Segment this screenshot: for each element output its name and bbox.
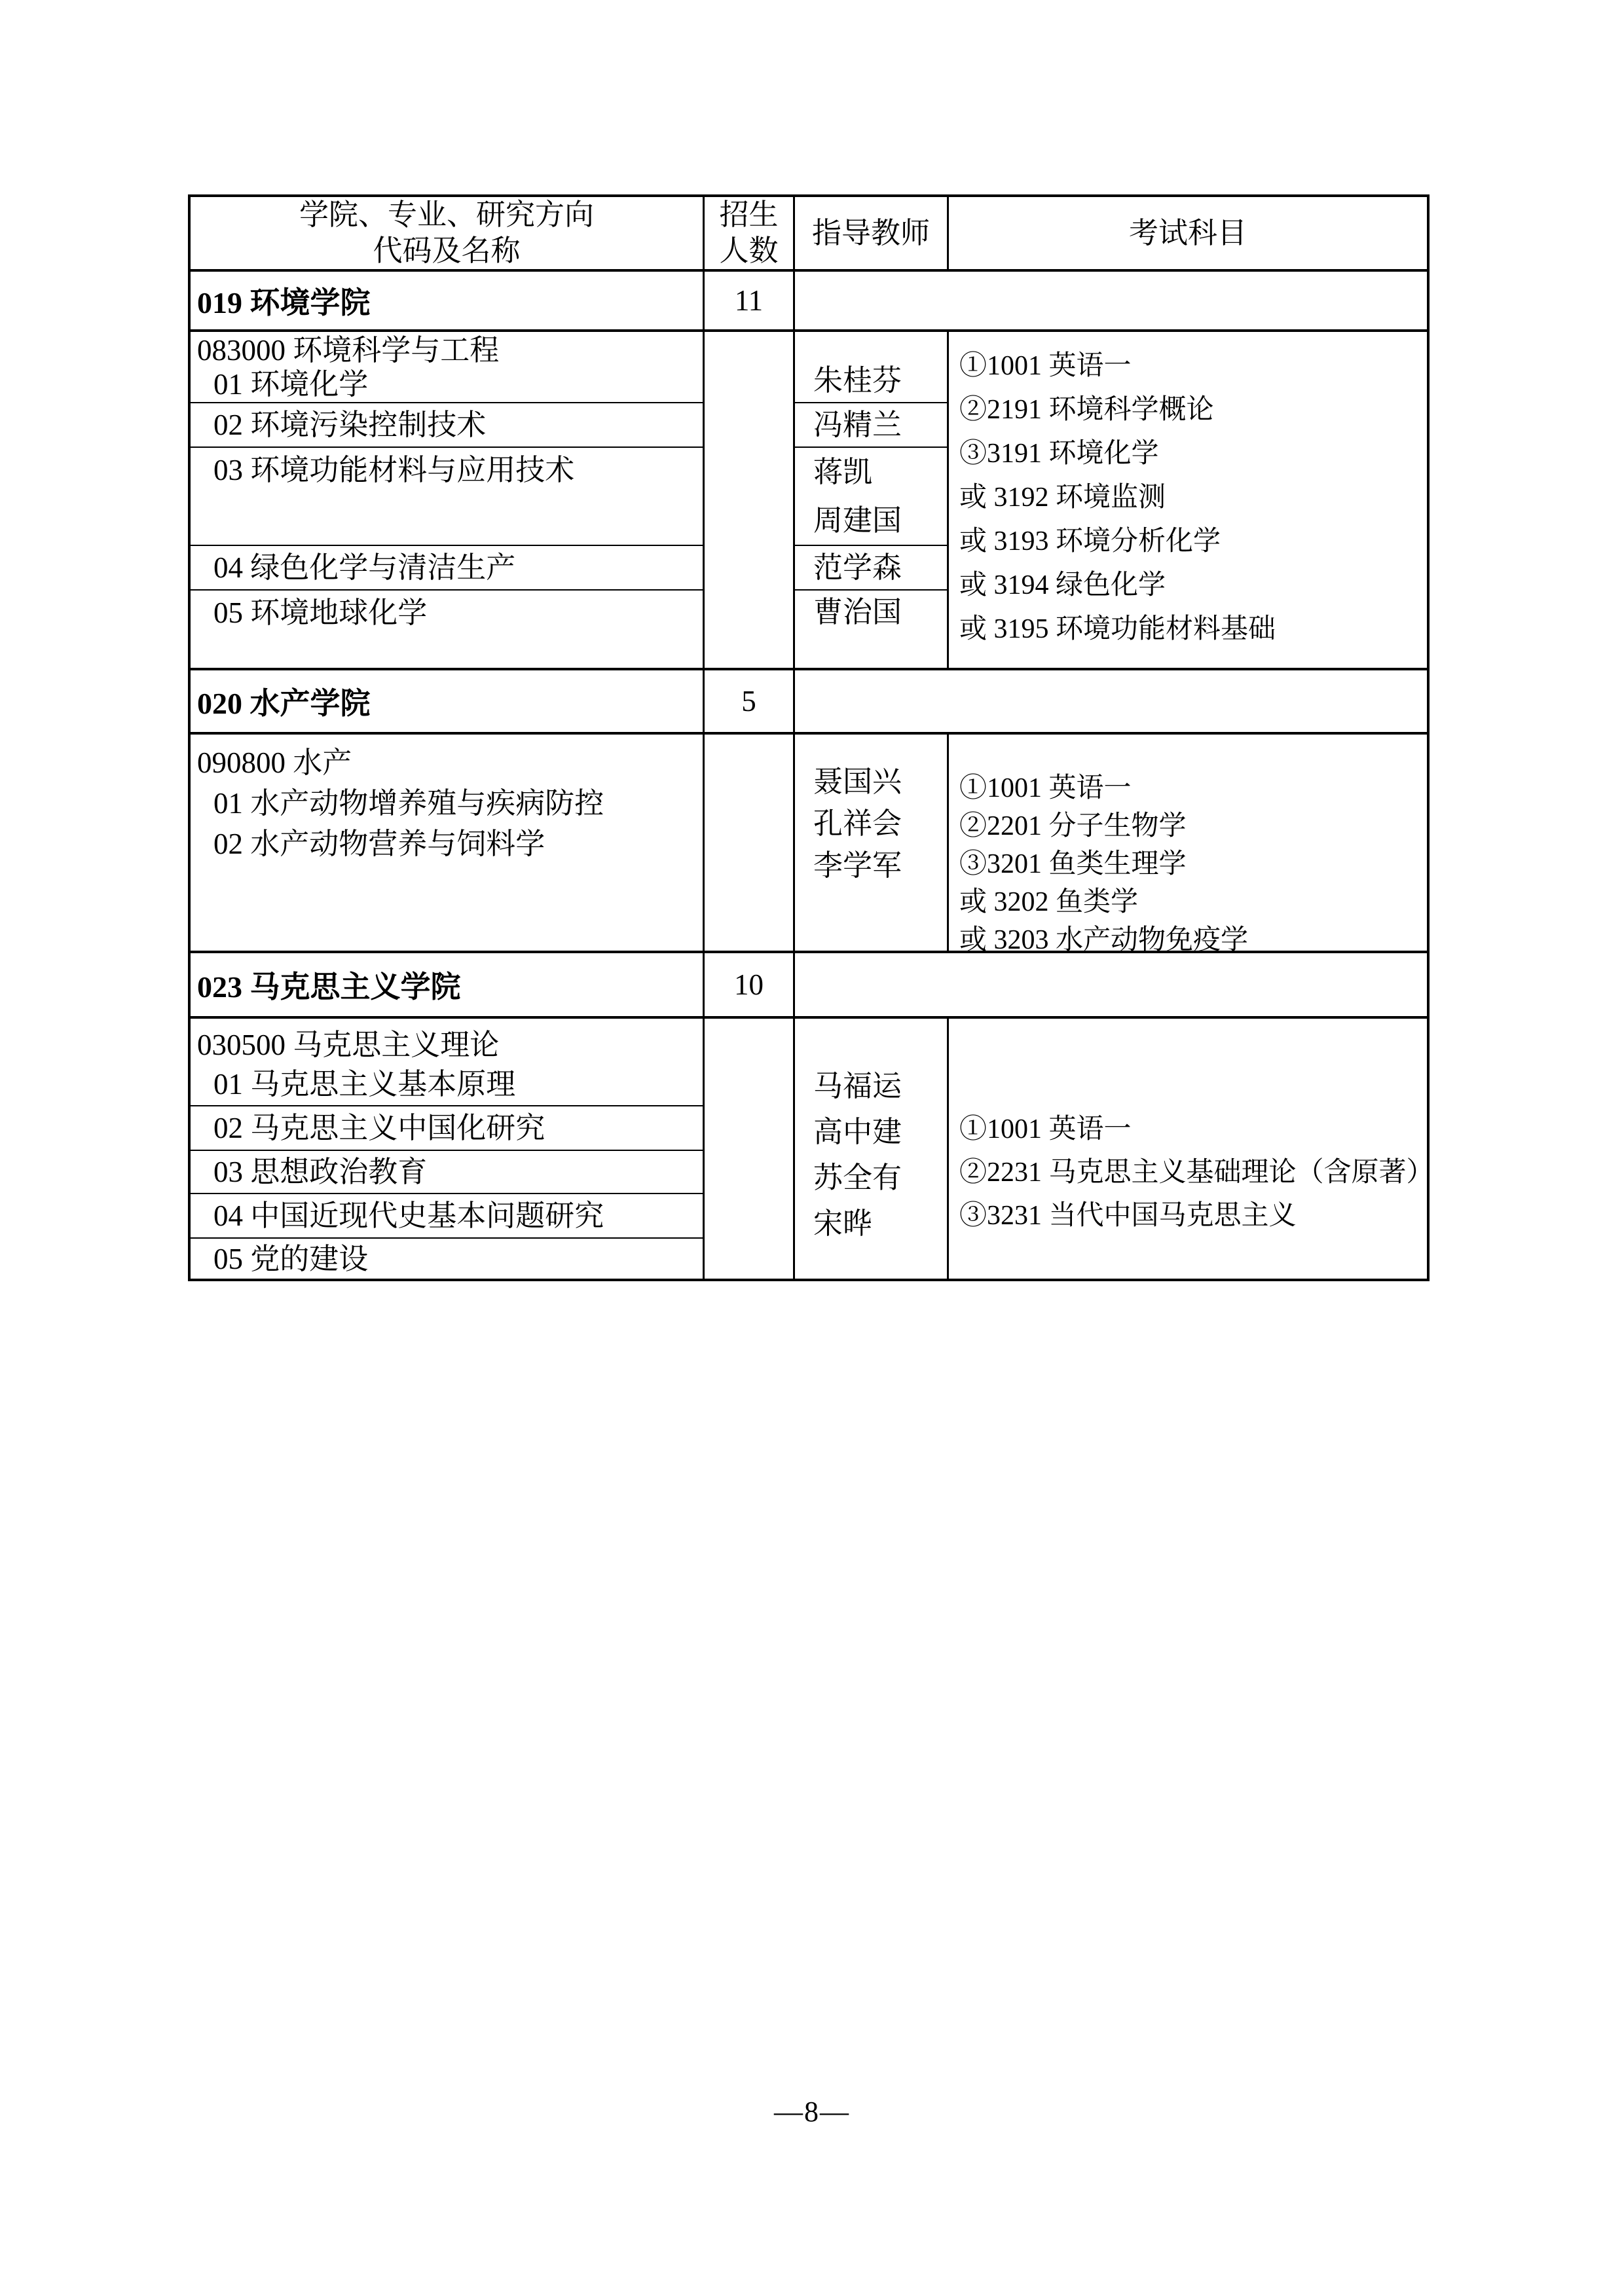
program-block-090800: 090800 水产 01 水产动物增养殖与疾病防控 02 水产动物营养与饲料学 … xyxy=(191,735,1427,953)
admissions-table: 学院、专业、研究方向 代码及名称 招生 人数 指导教师 考试科目 019 环境学… xyxy=(188,194,1430,1281)
advisor-cell: 马福运 高中建 苏全有 宋晔 xyxy=(795,1019,949,1279)
advisor-name: 聂国兴 xyxy=(813,761,947,803)
advisor-name: 范学森 xyxy=(813,553,947,583)
research-direction: 01 马克思主义基本原理 xyxy=(197,1065,703,1104)
advisor-name: 宋晔 xyxy=(813,1201,947,1247)
college-row-023: 023 马克思主义学院 10 xyxy=(191,953,1427,1019)
research-direction: 01 环境化学 xyxy=(197,367,703,401)
enrollment-count: 11 xyxy=(705,272,795,329)
advisor-name: 苏全有 xyxy=(813,1155,947,1201)
program-block-030500: 030500 马克思主义理论 01 马克思主义基本原理 02 马克思主义中国化研… xyxy=(191,1019,1427,1279)
exam-line: ②2201 分子生物学 xyxy=(959,807,1427,845)
advisor-name: 蒋凯 xyxy=(813,448,947,496)
advisor-cell: 曹治国 xyxy=(795,591,949,670)
header-cell-college-major: 学院、专业、研究方向 代码及名称 xyxy=(191,197,705,269)
page-number: —8— xyxy=(0,2095,1624,2128)
exam-subjects-cell: ①1001 英语一 ②2201 分子生物学 ③3201 鱼类生理学 或 3202… xyxy=(949,735,1427,953)
program-direction-cell: 03 思想政治教育 xyxy=(191,1151,705,1194)
program-direction-cell: 083000 环境科学与工程 01 环境化学 xyxy=(191,332,705,403)
exam-line: ②2231 马克思主义基础理论（含原著） xyxy=(959,1151,1427,1194)
exam-line: 或 3202 鱼类学 xyxy=(959,883,1427,921)
header-col4-label: 考试科目 xyxy=(1129,215,1247,251)
header-col3-label: 指导教师 xyxy=(812,215,930,251)
advisor-name: 马福运 xyxy=(813,1063,947,1109)
research-direction: 02 环境污染控制技术 xyxy=(197,408,703,442)
advisor-name: 曹治国 xyxy=(813,597,947,627)
exam-subjects-cell: ①1001 英语一 ②2191 环境科学概论 ③3191 环境化学 或 3192… xyxy=(949,332,1427,670)
research-direction: 03 环境功能材料与应用技术 xyxy=(197,453,703,487)
college-row-019: 019 环境学院 11 xyxy=(191,272,1427,332)
advisor-name: 孔祥会 xyxy=(813,803,947,845)
research-direction: 02 马克思主义中国化研究 xyxy=(197,1108,703,1148)
program-direction-cell: 030500 马克思主义理论 01 马克思主义基本原理 xyxy=(191,1019,705,1106)
empty-cell xyxy=(795,953,1427,1016)
program-direction-cell: 090800 水产 01 水产动物增养殖与疾病防控 02 水产动物营养与饲料学 xyxy=(191,735,705,953)
program-direction-cell: 05 环境地球化学 xyxy=(191,591,705,670)
college-name: 019 环境学院 xyxy=(191,272,705,329)
advisor-name: 李学军 xyxy=(813,845,947,886)
exam-line: 或 3192 环境监测 xyxy=(959,476,1427,520)
advisor-cell: 聂国兴 孔祥会 李学军 xyxy=(795,735,949,953)
advisor-name: 高中建 xyxy=(813,1109,947,1155)
exam-line: ①1001 英语一 xyxy=(959,1108,1427,1151)
college-name: 020 水产学院 xyxy=(191,670,705,732)
header-cell-enrollment: 招生 人数 xyxy=(705,197,795,269)
exam-line: ③3231 当代中国马克思主义 xyxy=(959,1194,1427,1237)
enrollment-empty-cell xyxy=(705,332,795,670)
header-cell-exam-subjects: 考试科目 xyxy=(949,197,1427,269)
exam-line: ③3201 鱼类生理学 xyxy=(959,845,1427,883)
empty-cell xyxy=(795,272,1427,329)
document-page: 学院、专业、研究方向 代码及名称 招生 人数 指导教师 考试科目 019 环境学… xyxy=(0,0,1624,2296)
table-header-row: 学院、专业、研究方向 代码及名称 招生 人数 指导教师 考试科目 xyxy=(191,197,1427,272)
advisor-name: 周建国 xyxy=(813,496,947,545)
program-direction-cell: 02 马克思主义中国化研究 xyxy=(191,1106,705,1151)
research-direction: 05 环境地球化学 xyxy=(197,596,703,630)
program-direction-cell: 04 中国近现代史基本问题研究 xyxy=(191,1194,705,1239)
exam-line: ①1001 英语一 xyxy=(959,344,1427,388)
exam-line: ①1001 英语一 xyxy=(959,769,1427,807)
empty-cell xyxy=(795,670,1427,732)
enrollment-empty-cell xyxy=(705,735,795,953)
header-cell-advisor: 指导教师 xyxy=(795,197,949,269)
advisor-name: 冯精兰 xyxy=(813,410,947,440)
enrollment-count: 10 xyxy=(705,953,795,1016)
advisor-cell: 冯精兰 xyxy=(795,403,949,448)
advisor-name: 朱桂芬 xyxy=(813,365,947,395)
program-direction-cell: 03 环境功能材料与应用技术 xyxy=(191,448,705,546)
program-direction-cell: 04 绿色化学与清洁生产 xyxy=(191,546,705,591)
program-direction-cell: 02 环境污染控制技术 xyxy=(191,403,705,448)
research-direction: 01 水产动物增养殖与疾病防控 xyxy=(197,783,703,824)
advisor-cell: 蒋凯 周建国 xyxy=(795,448,949,546)
research-direction: 05 党的建设 xyxy=(197,1239,703,1279)
program-direction-cell: 05 党的建设 xyxy=(191,1239,705,1279)
exam-line: 或 3195 环境功能材料基础 xyxy=(959,608,1427,651)
research-direction: 04 绿色化学与清洁生产 xyxy=(197,551,703,585)
header-col1-line2: 代码及名称 xyxy=(373,233,520,269)
exam-line: ③3191 环境化学 xyxy=(959,432,1427,476)
college-row-020: 020 水产学院 5 xyxy=(191,670,1427,735)
program-block-083000: 083000 环境科学与工程 01 环境化学 02 环境污染控制技术 03 环境… xyxy=(191,332,1427,670)
enrollment-empty-cell xyxy=(705,1019,795,1279)
research-direction: 03 思想政治教育 xyxy=(197,1152,703,1192)
header-col2-line2: 人数 xyxy=(719,233,778,269)
exam-line: ②2191 环境科学概论 xyxy=(959,388,1427,432)
enrollment-count: 5 xyxy=(705,670,795,732)
research-direction: 04 中国近现代史基本问题研究 xyxy=(197,1196,703,1235)
program-code-name: 090800 水产 xyxy=(197,742,703,783)
program-code-name: 030500 马克思主义理论 xyxy=(197,1025,703,1065)
header-col1-line1: 学院、专业、研究方向 xyxy=(299,197,594,233)
exam-subjects-cell: ①1001 英语一 ②2231 马克思主义基础理论（含原著） ③3231 当代中… xyxy=(949,1019,1427,1279)
research-direction: 02 水产动物营养与饲料学 xyxy=(197,824,703,864)
program-code-name: 083000 环境科学与工程 xyxy=(197,333,703,367)
header-col2-line1: 招生 xyxy=(719,197,778,233)
advisor-cell: 范学森 xyxy=(795,546,949,591)
exam-line: 或 3193 环境分析化学 xyxy=(959,520,1427,564)
college-name: 023 马克思主义学院 xyxy=(191,953,705,1016)
exam-line: 或 3203 水产动物免疫学 xyxy=(959,921,1427,953)
exam-line: 或 3194 绿色化学 xyxy=(959,564,1427,608)
advisor-cell: 朱桂芬 xyxy=(795,332,949,403)
